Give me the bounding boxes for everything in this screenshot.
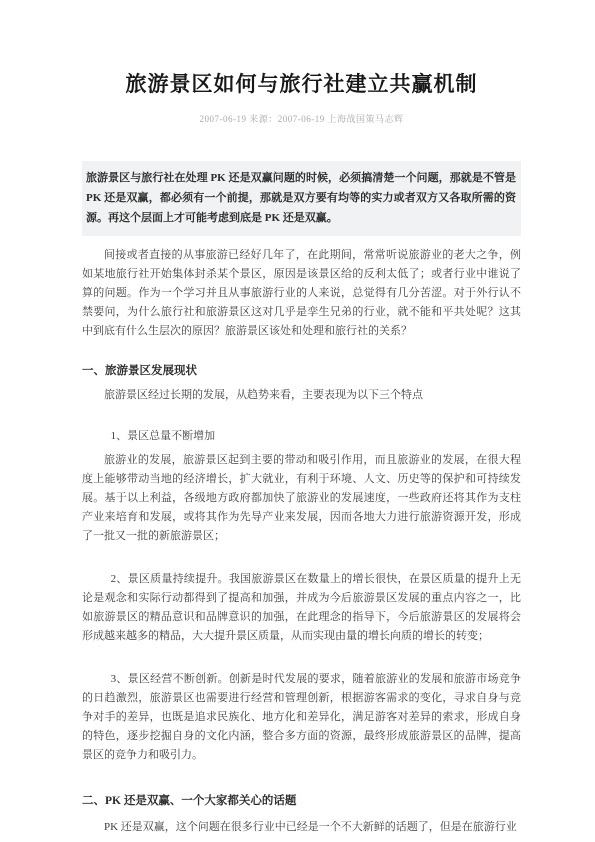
document-page: 旅游景区如何与旅行社建立共赢机制 2007-06-19 来源：2007-06-1… [0, 0, 595, 842]
article-title: 旅游景区如何与旅行社建立共赢机制 [82, 70, 521, 98]
point-1-paragraph: 旅游业的发展，旅游景区起到主要的带动和吸引作用，而且旅游业的发展，在很大程度上能… [82, 451, 521, 546]
point-1-title: 1、景区总量不断增加 [82, 427, 521, 446]
abstract-highlight-paragraph: 旅游景区与旅行社在处理 PK 还是双赢问题的时候，必须搞清楚一个问题，那就是不管… [82, 161, 521, 236]
intro-paragraph: 间接或者直接的从事旅游已经好几年了，在此期间，常常听说旅游业的老大之争，例如某地… [82, 246, 521, 341]
section-1-heading: 一、旅游景区发展现状 [82, 363, 521, 379]
section-2-heading: 二、PK 还是双赢、一个大家都关心的话题 [82, 793, 521, 809]
section-1-lead: 旅游景区经过长期的发展，从趋势来看，主要表现为以下三个特点 [82, 386, 521, 405]
article-byline: 2007-06-19 来源：2007-06-19 上海战国策马志辉 [82, 113, 521, 125]
point-3-paragraph: 3、景区经营不断创新。创新是时代发展的要求，随着旅游业的发展和旅游市场竞争的日趋… [82, 670, 521, 765]
point-2-paragraph: 2、景区质量持续提升。我国旅游景区在数量上的增长很快，在景区质量的提升上无论是观… [82, 570, 521, 646]
section-2-paragraph: PK 还是双赢，这个问题在很多行业中已经是一个不大新鲜的话题了，但是在旅游行业 [82, 818, 521, 837]
